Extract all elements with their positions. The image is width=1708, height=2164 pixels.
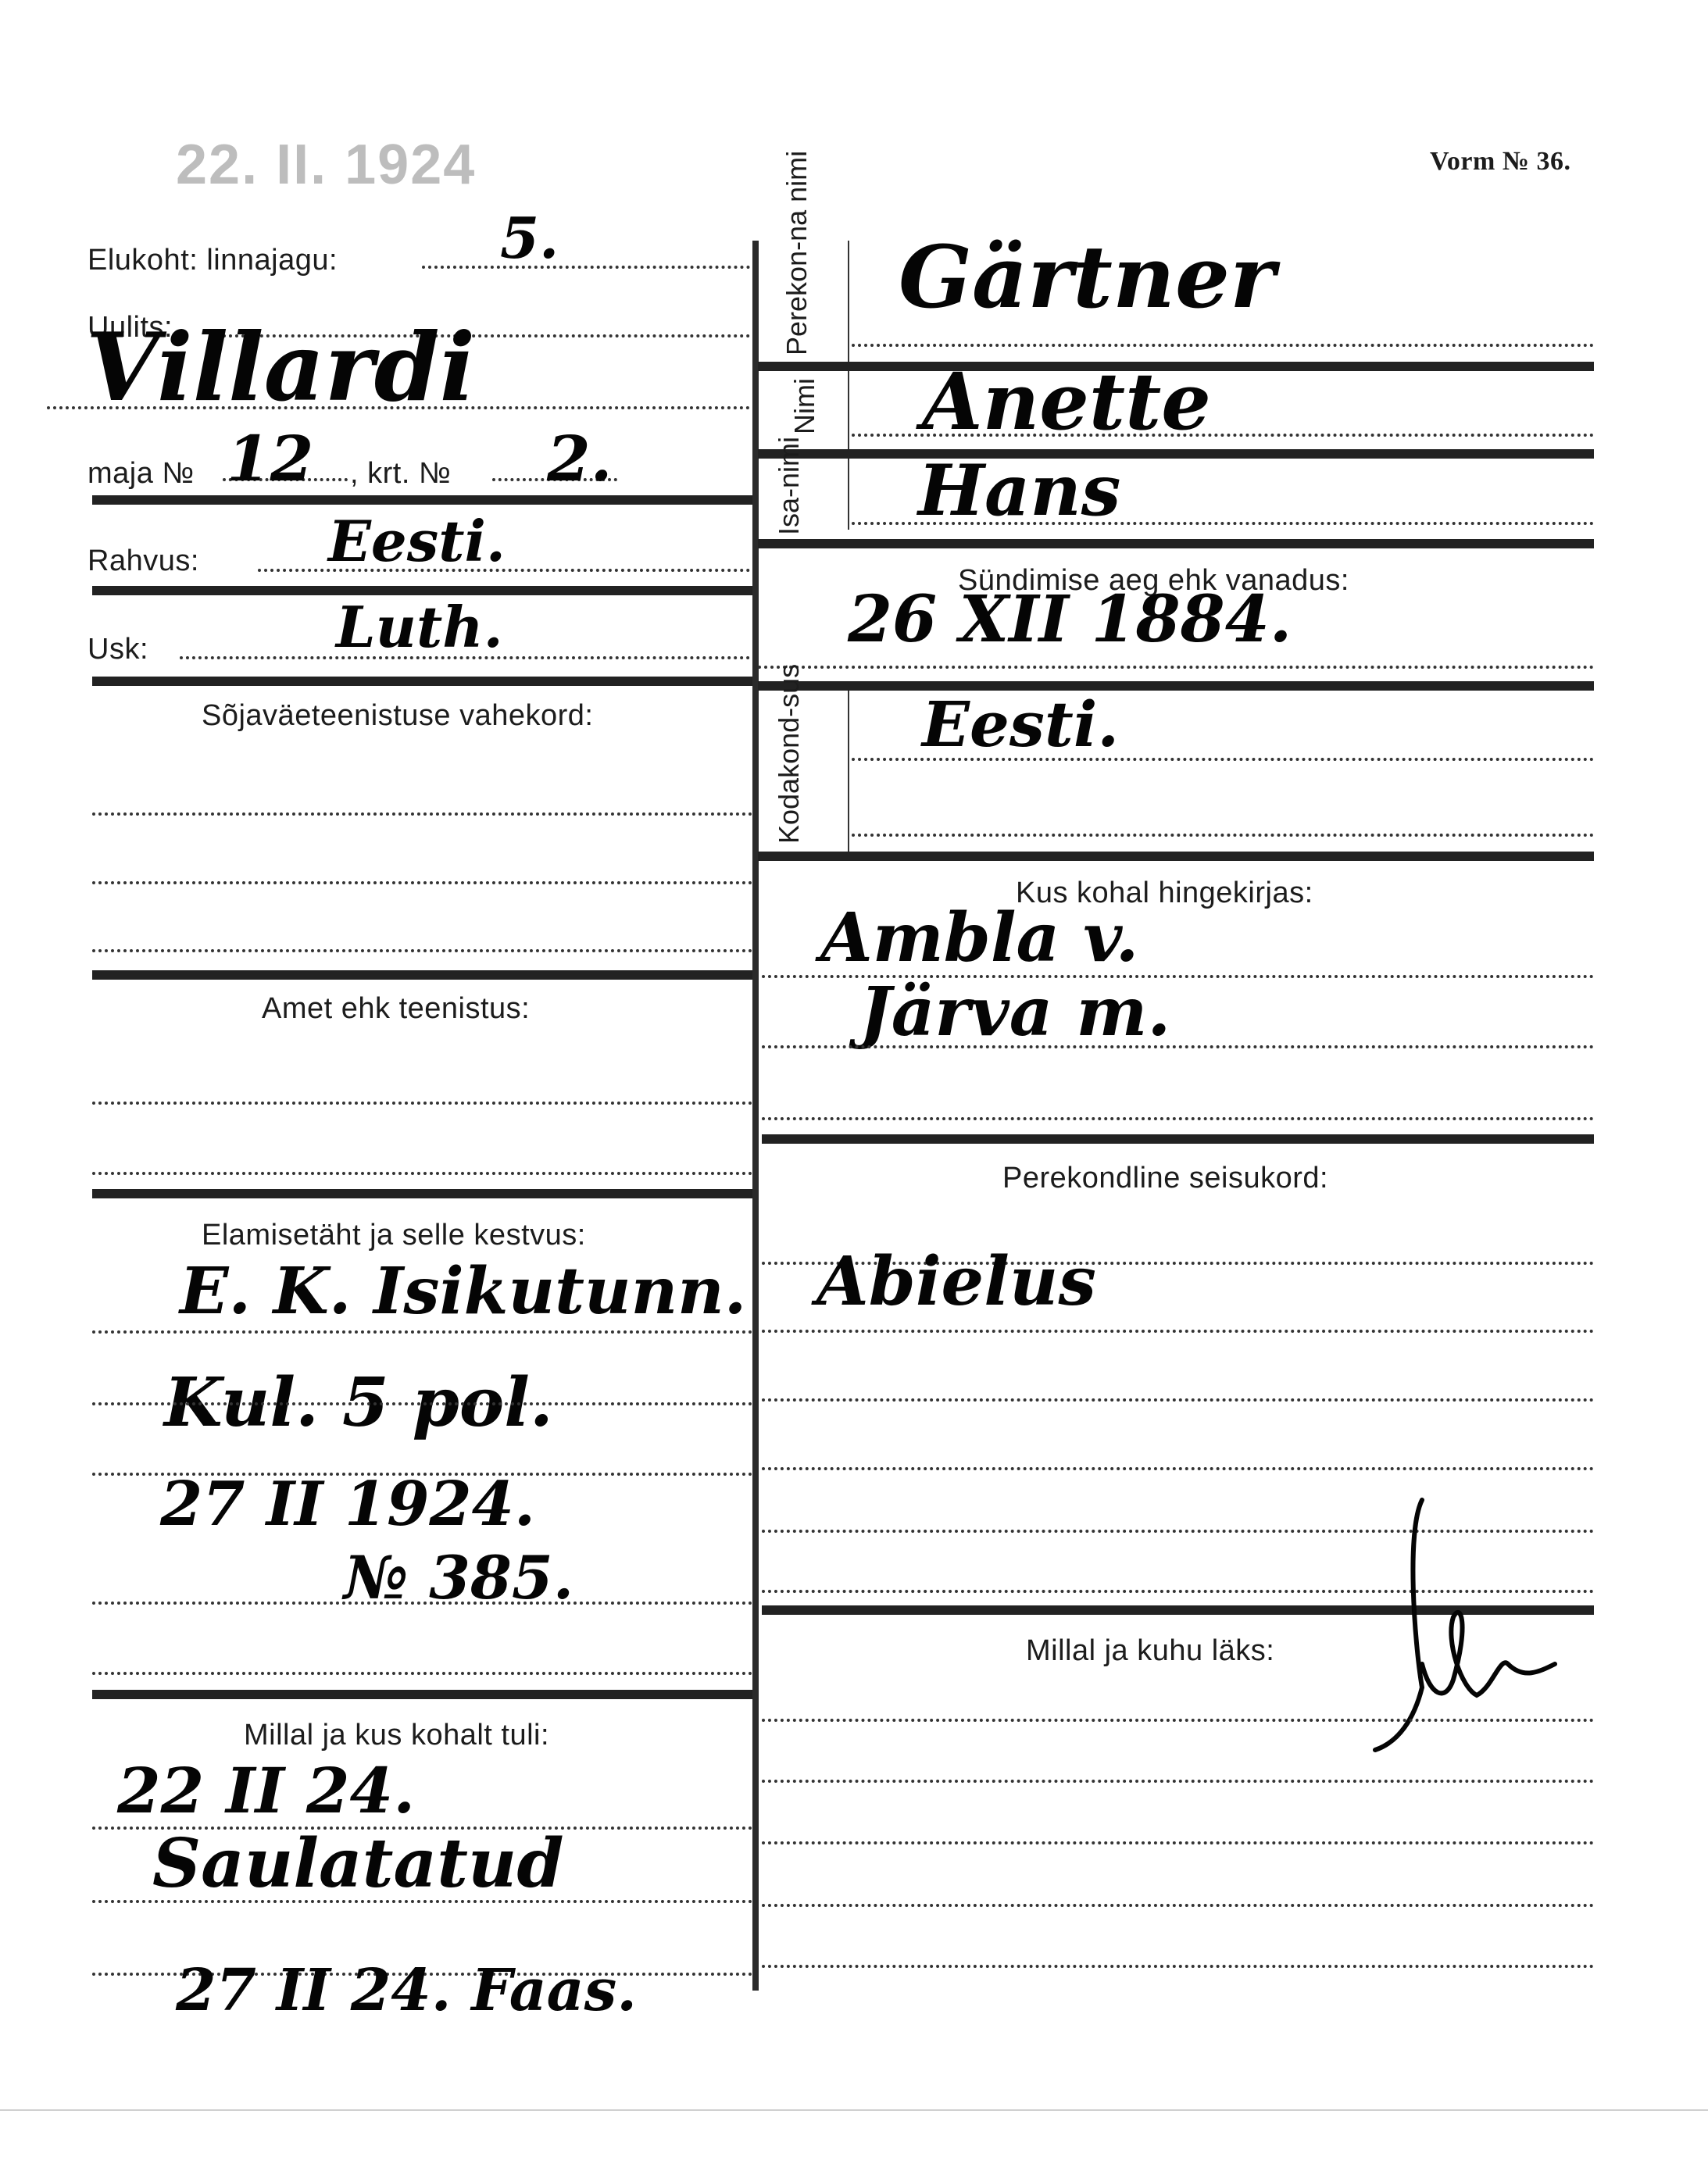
arrival-dots-2 — [92, 1900, 752, 1903]
section-rule — [758, 449, 1594, 459]
apartment-value: 2. — [547, 422, 613, 495]
center-divider — [752, 241, 759, 1991]
permit-line-4 — [92, 1602, 752, 1605]
section-rule — [92, 1189, 752, 1198]
arrival-line-1: 22 II 24. — [117, 1754, 415, 1827]
section-rule — [92, 1690, 752, 1699]
first-name-label: Nimi — [789, 367, 820, 445]
residence-permit-label: Elamisetäht ja selle kestvus: — [202, 1219, 586, 1252]
surname-value: Gärtner — [899, 227, 1275, 327]
occupation-line-1 — [92, 1102, 752, 1105]
arrival-line-2: Saulatatud — [152, 1824, 564, 1903]
permit-line-3 — [92, 1473, 752, 1476]
section-rule — [92, 495, 752, 505]
registry-dots-3 — [762, 1117, 1594, 1120]
birth-line — [758, 666, 1594, 669]
citizenship-value: Eesti. — [922, 687, 1119, 761]
marital-dots-4 — [762, 1467, 1594, 1470]
house-value: 12 — [227, 422, 313, 495]
label-divider — [848, 691, 849, 853]
permit-line-2 — [92, 1402, 752, 1405]
street-line-2 — [47, 406, 750, 409]
arrival-footer-note: 27 II 24. Faas. — [176, 1957, 637, 2024]
patronymic-label: Isa-nimi — [774, 457, 805, 535]
departure-dots-4 — [762, 1904, 1594, 1907]
military-line-1 — [92, 812, 752, 816]
patronymic-value: Hans — [918, 449, 1120, 532]
form-number: Vorm № 36. — [1430, 147, 1571, 177]
registry-line-2: Järva m. — [859, 973, 1170, 1052]
nationality-value: Eesti. — [328, 508, 506, 574]
surname-label: Perekon-na nimi — [781, 238, 813, 355]
label-divider — [848, 241, 849, 530]
apartment-label: , krt. № — [350, 457, 451, 491]
date-stamp: 22. II. 1924 — [176, 133, 476, 197]
first-name-line — [852, 434, 1594, 437]
section-rule — [758, 539, 1594, 548]
section-rule — [758, 681, 1594, 691]
arrival-label: Millal ja kus kohalt tuli: — [244, 1719, 549, 1752]
marital-status-label: Perekondline seisukord: — [1002, 1162, 1328, 1195]
marital-status-value: Abielus — [816, 1242, 1096, 1321]
departure-dots-2 — [762, 1780, 1594, 1783]
departure-dots-3 — [762, 1841, 1594, 1844]
nationality-label: Rahvus: — [88, 545, 199, 578]
religion-label: Usk: — [88, 633, 148, 666]
departure-dots-1 — [762, 1719, 1594, 1722]
section-rule — [92, 677, 752, 686]
military-line-2 — [92, 881, 752, 884]
marital-dots-2 — [762, 1330, 1594, 1333]
patronymic-line — [852, 522, 1594, 525]
surname-line — [852, 344, 1594, 347]
residence-permit-line-3: 27 II 1924. — [160, 1469, 535, 1540]
registry-line-1: Ambla v. — [820, 898, 1138, 977]
permit-line-5 — [92, 1672, 752, 1675]
registry-dots-2 — [762, 1045, 1594, 1048]
permit-line-1 — [92, 1330, 752, 1334]
residence-permit-line-1: E. K. Isikutunn. — [180, 1254, 746, 1329]
card-edge — [0, 2109, 1708, 2111]
citizenship-line-1 — [852, 758, 1594, 761]
military-label: Sõjaväeteenistuse vahekord: — [202, 699, 594, 733]
district-value: 5. — [500, 205, 559, 271]
citizenship-label: Kodakond-sus — [774, 695, 805, 844]
section-rule — [92, 970, 752, 980]
district-label: Elukoht: linnajagu: — [88, 244, 338, 277]
birth-value: 26 XII 1884. — [848, 582, 1292, 657]
military-line-3 — [92, 949, 752, 952]
house-label: maja № — [88, 457, 195, 491]
departure-label: Millal ja kuhu läks: — [1026, 1634, 1274, 1668]
section-rule — [758, 852, 1594, 861]
occupation-line-2 — [92, 1172, 752, 1175]
religion-value: Luth. — [336, 594, 503, 660]
departure-signature — [1360, 1484, 1594, 1766]
district-line — [422, 266, 750, 269]
departure-dots-5 — [762, 1965, 1594, 1968]
occupation-label: Amet ehk teenistus: — [262, 992, 530, 1026]
section-rule — [762, 1134, 1594, 1144]
citizenship-line-2 — [852, 834, 1594, 837]
marital-dots-3 — [762, 1398, 1594, 1402]
